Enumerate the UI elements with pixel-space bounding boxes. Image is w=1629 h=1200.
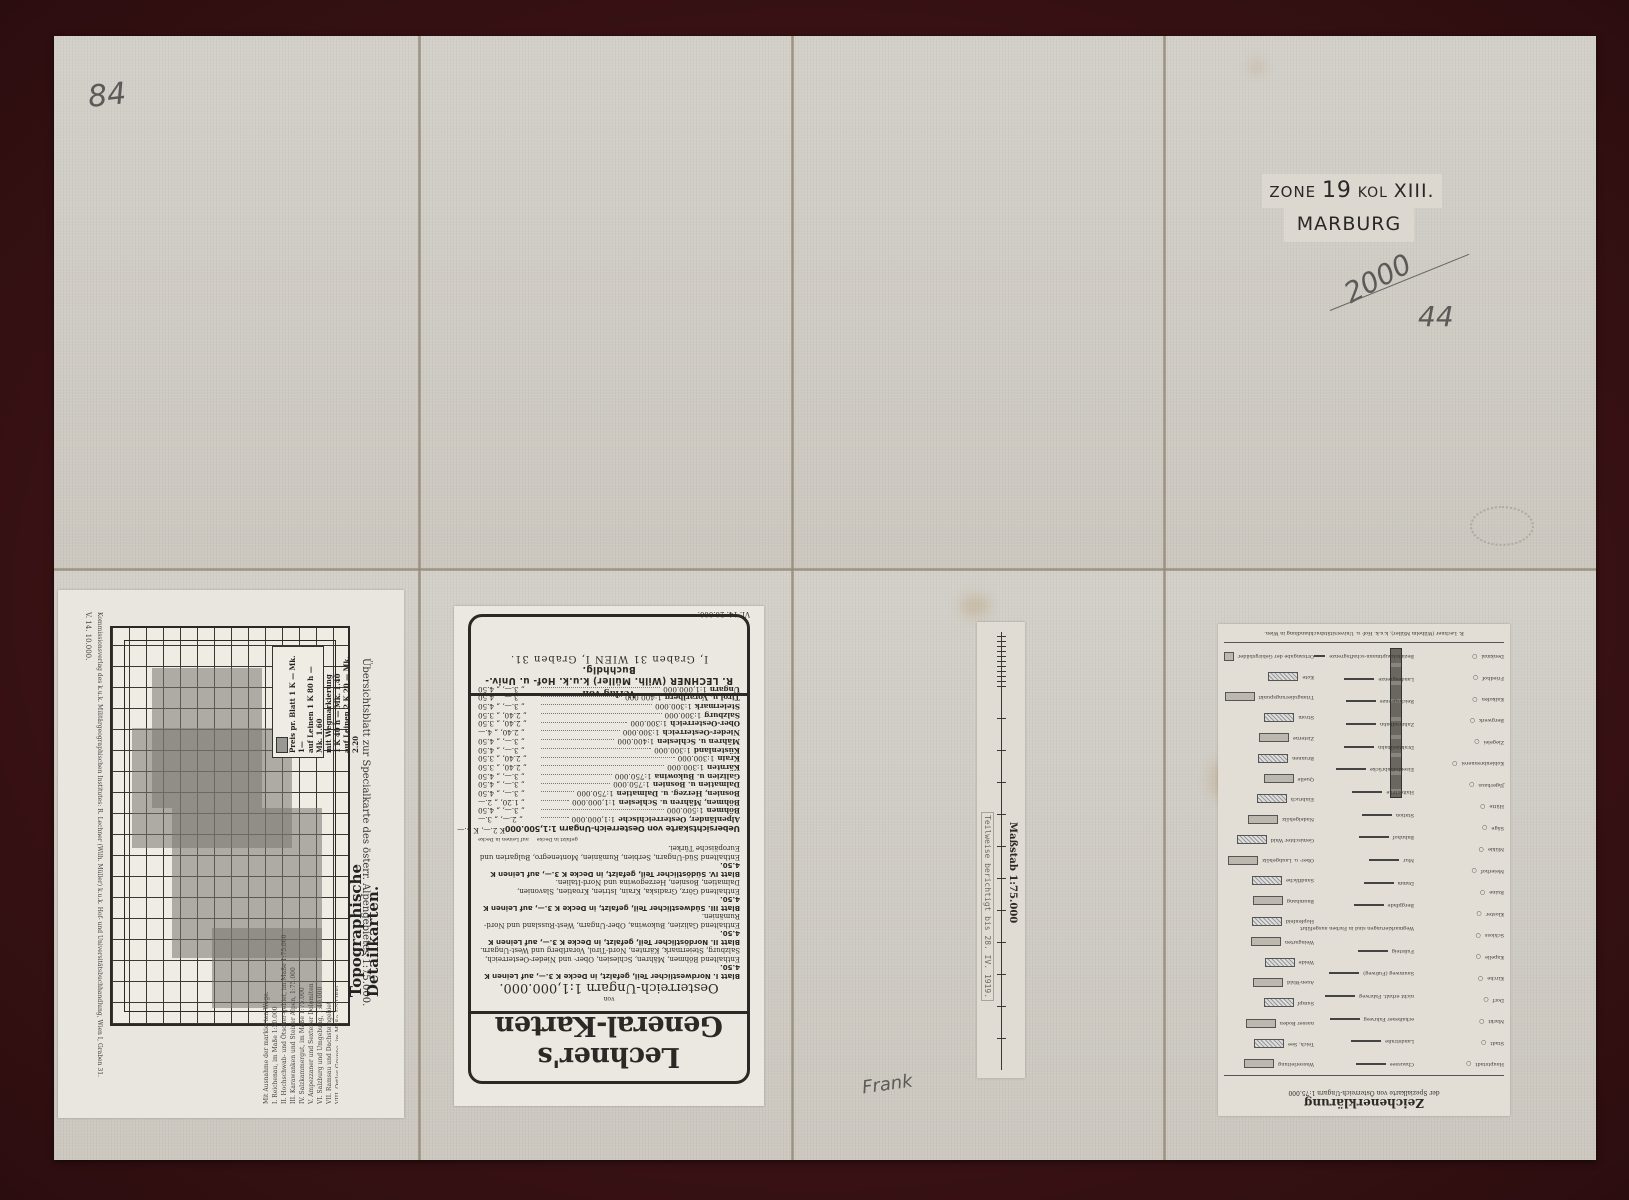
legend-item: Landstraße (1314, 1035, 1414, 1047)
legend-symbol: ○ (1480, 803, 1485, 810)
legend-symbol (1358, 950, 1388, 952)
legend-item: Denkmal○ (1414, 650, 1504, 662)
legend-item: Damm (1314, 877, 1414, 889)
zone-number: 19 (1322, 178, 1352, 203)
scale-tick (997, 878, 1006, 879)
legend-symbol (1352, 791, 1382, 793)
publisher-block: Verlag von R. LECHNER (Wilh. Müller) k.u… (476, 653, 742, 702)
legend-symbol (1354, 904, 1384, 906)
legend-symbol (1257, 794, 1287, 803)
legend-item: Ober- u. Laubgehölz (1224, 854, 1314, 866)
legend-symbol: ○ (1481, 1039, 1486, 1046)
fold-line-vertical-3 (1163, 36, 1166, 1160)
panel-top-1 (54, 36, 420, 569)
legend-symbol (1253, 978, 1283, 987)
legend-symbol: ○ (1472, 867, 1477, 874)
legend-item: nasser Boden (1224, 1017, 1314, 1029)
legend-item: Fußsteig (1314, 945, 1414, 957)
fold-line-vertical-2 (791, 36, 794, 1160)
legend-symbol (1344, 746, 1374, 748)
panel-top-3 (792, 36, 1164, 569)
legend-symbol: ○ (1474, 738, 1479, 745)
legend-symbol: ○ (1480, 889, 1485, 896)
legend-symbol (1362, 814, 1392, 816)
legend-symbol (1259, 733, 1289, 742)
legend-item: Hütte○ (1414, 800, 1504, 812)
legend-item: Ortsangabe der Gebirgsbilder (1224, 650, 1314, 662)
legend-item: Drahtseilbahn (1314, 741, 1414, 753)
scale-tick (997, 636, 1006, 637)
legend-symbol (1369, 859, 1399, 861)
price-row: Krain1:300.000„ 2.40, „ 3.50 (478, 754, 740, 763)
price-row: Dalmatien u. Bosnien1:750.000„ 3.—, „ 4.… (478, 780, 740, 789)
scale-tick (997, 651, 1006, 652)
legend-symbol (1336, 768, 1366, 770)
legend-item: Kote (1224, 671, 1314, 683)
price-row: Galizien u. Bukowina1:750.000„ 3.—, „ 4.… (478, 771, 740, 780)
sheet-name-label: MARBURG (1284, 206, 1414, 242)
scale-tick (997, 718, 1006, 719)
scale-tick (997, 846, 1006, 847)
version-number: VI. 14. 20.000. (698, 610, 750, 618)
legend-item: Baumhang (1224, 895, 1314, 907)
legend-item: Strom (1224, 711, 1314, 723)
legend-symbol: ○ (1479, 846, 1484, 853)
legend-symbol (1251, 937, 1281, 946)
detailkarten-list: Mit Ausnahme der markierten Wege. I. Rei… (262, 874, 338, 1104)
legend-symbol: ○ (1452, 760, 1457, 767)
legend-symbol (1325, 995, 1355, 997)
legend-symbol (1224, 652, 1234, 661)
legend-item: Ruine○ (1414, 886, 1504, 898)
zeichenerklaerung-legend-sheet: R. Lechner (Wilhelm Müller), k.u.k. Hof-… (1218, 624, 1510, 1116)
scale-tick (997, 1006, 1006, 1007)
legend-symbol: ○ (1479, 1018, 1484, 1025)
scale-title: Maßstab 1:75.000 (1007, 822, 1018, 923)
scale-tick (997, 782, 1006, 783)
legend-column-settlements: Hauptstadt○Stadt○Markt○Dorf○Kirche○Kapel… (1414, 650, 1504, 1070)
pencil-note-84: 84 (86, 76, 128, 115)
lechner-title: Lechner's General-Karten (476, 1010, 742, 1072)
legend-symbol (1252, 917, 1282, 926)
topographische-title: Topographische Detailkarten. (348, 864, 382, 997)
legend-symbol (1237, 835, 1267, 844)
legend-item: nicht erhalt. Fahrweg (1314, 990, 1414, 1002)
legend-symbol (1329, 972, 1359, 974)
scale-bar-strip: Maßstab 1:75.000 Teilweise berichtigt bi… (977, 622, 1025, 1078)
scale-tick (997, 1038, 1006, 1039)
embossed-stamp (1470, 506, 1534, 546)
legend-symbol (1252, 876, 1282, 885)
scale-tick (997, 666, 1006, 667)
legend-symbol: ○ (1469, 781, 1474, 788)
scale-tick (997, 646, 1006, 647)
scale-tick (997, 676, 1006, 677)
legend-item: Bergwerk○ (1414, 715, 1504, 727)
legend-item: Mühle○ (1414, 843, 1504, 855)
pencil-note-44: 44 (1418, 300, 1454, 333)
legend-symbol: ○ (1476, 910, 1481, 917)
legend-item: Markt○ (1414, 1015, 1504, 1027)
legend-symbol (1330, 1018, 1360, 1020)
scale-tick (997, 974, 1006, 975)
legend-symbol (1359, 836, 1389, 838)
legend-symbol: ○ (1472, 696, 1477, 703)
legend-item: Auen-Wald (1224, 976, 1314, 988)
legend-item: Kapelle○ (1414, 951, 1504, 963)
legend-item: Quelle (1224, 773, 1314, 785)
legend-symbol (1265, 958, 1295, 967)
legend-item: Haltestelle (1314, 786, 1414, 798)
legend-item: Kohlenbrennerei○ (1414, 757, 1504, 769)
legend-item: Kalkofen○ (1414, 693, 1504, 705)
overview-footer: Kommissionsverlag des k.u.k. Militärgeog… (96, 612, 103, 1092)
legend-item: Jägerhaus○ (1414, 779, 1504, 791)
legend-symbol: ○ (1476, 953, 1481, 960)
legend-item: Sandfläche (1224, 874, 1314, 886)
scale-tick (997, 661, 1006, 662)
price-row: Böhmen, Mähren u. Schlesien1:1,000.000„ … (478, 797, 740, 806)
price-row: Salzburg1:300.000„ 2.40, „ 3.50 (478, 710, 740, 719)
legend-symbol (1268, 672, 1298, 681)
legend-item: Einbruch (1224, 793, 1314, 805)
price-box: Preis pr. Blatt 1 K — Mk. 1— auf Leinen … (272, 646, 324, 758)
legend-item: Weide (1224, 956, 1314, 968)
legend-item: Station (1314, 809, 1414, 821)
legend-item: Meierhof○ (1414, 865, 1504, 877)
legend-item: Friedhof○ (1414, 672, 1504, 684)
legend-item: Teich, See (1224, 1038, 1314, 1050)
legend-symbol (1246, 1019, 1276, 1028)
legend-symbol (1244, 1060, 1274, 1069)
legend-item: Triangulierungspunkt (1224, 691, 1314, 703)
legend-symbol: ○ (1478, 975, 1483, 982)
legend-item: Schloss○ (1414, 929, 1504, 941)
legend-item: Reichsgrenze (1314, 696, 1414, 708)
legend-symbol: ○ (1466, 1061, 1471, 1068)
legend-item: Chaussee (1314, 1058, 1414, 1070)
legend-item: Säge○ (1414, 822, 1504, 834)
legend-symbol (1314, 655, 1325, 657)
legend-symbol (1346, 701, 1376, 703)
legend-symbol (1346, 723, 1376, 725)
legend-item: Wasserleitung (1224, 1058, 1314, 1070)
legend-symbol (1228, 856, 1258, 865)
zone-label: ZONE 19 KOL XIII. (1262, 174, 1442, 208)
legend-symbol (1264, 774, 1294, 783)
scale-tick (997, 910, 1006, 911)
legend-item: Weingarten (1224, 936, 1314, 948)
legend-item: Zisterne (1224, 732, 1314, 744)
legend-symbol: ○ (1483, 996, 1488, 1003)
legend-symbol: ○ (1473, 674, 1478, 681)
legend-item: Bezirkshauptmann-schaftsgrenze (1314, 650, 1414, 662)
price-row: Kärnten1:300.000„ 2.40, „ 3.50 (478, 762, 740, 771)
legend-symbol: ○ (1472, 653, 1477, 660)
legend-symbol (1351, 1040, 1381, 1042)
legend-item: Mur (1314, 854, 1414, 866)
legend-item: Nadelgehölz (1224, 813, 1314, 825)
legend-symbol: ○ (1482, 824, 1487, 831)
stain (1250, 60, 1264, 74)
legend-item: Landesgrenze (1314, 673, 1414, 685)
panel-top-4 (1164, 36, 1596, 569)
legend-item: Dorf○ (1414, 994, 1504, 1006)
scale-tick (997, 656, 1006, 657)
price-row: Böhmen1:500.000„ 3.—, „ 4.50 (478, 806, 740, 815)
legend-item: Kirche○ (1414, 972, 1504, 984)
scale-tick (997, 671, 1006, 672)
version-number: V. 14. 10.000. (84, 612, 92, 660)
scale-axis (1001, 632, 1002, 1070)
scale-tick (997, 814, 1006, 815)
lechner-catalogue: von Oesterreich-Ungarn 1:1,000.000. Blat… (478, 684, 740, 1002)
price-row: Ober-Oesterreich1:300.000„ 2.40, „ 3.50 (478, 719, 740, 728)
scale-tick (997, 641, 1006, 642)
legend-symbol (1254, 1039, 1284, 1048)
legend-item: Kloster○ (1414, 908, 1504, 920)
price-table: Alpenländer, Oesterreichische1:1,000.000… (478, 684, 740, 823)
legend-item: Hauptstadt○ (1414, 1058, 1504, 1070)
legend-item: Gemischter Wald (1224, 834, 1314, 846)
legend-item: Bahnhof (1314, 831, 1414, 843)
legend-item: Saumweg (Fußweg) (1314, 967, 1414, 979)
legend-symbol (1225, 692, 1255, 701)
legend-symbol: ○ (1470, 717, 1475, 724)
legend-header: Zeichenerklärung der Spezialkarte von Ös… (1238, 1089, 1490, 1110)
price-row: Mähren u. Schlesien1:400.000„ 3.—, „ 4.5… (478, 736, 740, 745)
price-row: Nieder-Oesterreich1:300.000„ 2.40, „ 4.— (478, 727, 740, 736)
legend-symbol (1264, 713, 1294, 722)
legend-symbol (1258, 754, 1288, 763)
price-row: Küstenland1:300.000„ 3.—, „ 4.50 (478, 745, 740, 754)
price-row: Alpenländer, Oesterreichische1:1,000.000… (478, 814, 740, 823)
legend-symbol (1356, 1063, 1386, 1065)
shaded-swatch (276, 737, 288, 753)
scale-tick (997, 750, 1006, 751)
legend-item: erhaltener Fahrweg (1314, 1013, 1414, 1025)
price-row: Steiermark1:300.000„ 3.—, „ 4.50 (478, 701, 740, 710)
scale-tick (997, 681, 1006, 682)
scale-tick (997, 686, 1006, 687)
legend-item: Wegmarkierungen sind in Farben ausgeführ… (1314, 922, 1414, 934)
correction-stamp: Teilweise berichtigt bis 28. IV. 1919. (981, 812, 994, 1001)
legend-symbol (1253, 896, 1283, 905)
lechner-general-karten-sheet: Lechner's General-Karten von Oesterreich… (454, 606, 764, 1106)
kol-number: XIII. (1394, 180, 1435, 202)
scale-tick (997, 942, 1006, 943)
legend-symbol (1248, 815, 1278, 824)
legend-item: Zahnradbahn (1314, 718, 1414, 730)
fold-line-horizontal (54, 568, 1596, 571)
legend-item: Sumpf (1224, 997, 1314, 1009)
legend-symbol (1344, 678, 1374, 680)
legend-symbol (1364, 882, 1394, 884)
panel-top-2 (420, 36, 792, 569)
legend-symbol: ○ (1476, 932, 1481, 939)
zone-prefix: ZONE (1269, 183, 1316, 201)
legend-item: Eisenbahnbrücke (1314, 763, 1414, 775)
legend-item: Stadt○ (1414, 1037, 1504, 1049)
legend-column-roads: ChausseeLandstraßeerhaltener Fahrwegnich… (1314, 650, 1414, 1070)
legend-item: Bergpfade (1314, 899, 1414, 911)
legend-item: Ziegelei○ (1414, 736, 1504, 748)
stain (960, 595, 990, 617)
legend-symbol (1264, 998, 1294, 1007)
kol-prefix: KOL (1358, 185, 1388, 201)
legend-publisher: R. Lechner (Wilhelm Müller), k.u.k. Hof-… (1228, 630, 1500, 636)
fold-line-vertical-1 (418, 36, 421, 1160)
legend-column-terrain: WasserleitungTeich, Seenasser BodenSumpf… (1224, 650, 1314, 1070)
legend-item: Brunnen (1224, 752, 1314, 764)
legend-item: Hopfenfeld (1224, 915, 1314, 927)
price-row: Bosnien, Herzeg. u. Dalmatien1:750.000„ … (478, 788, 740, 797)
